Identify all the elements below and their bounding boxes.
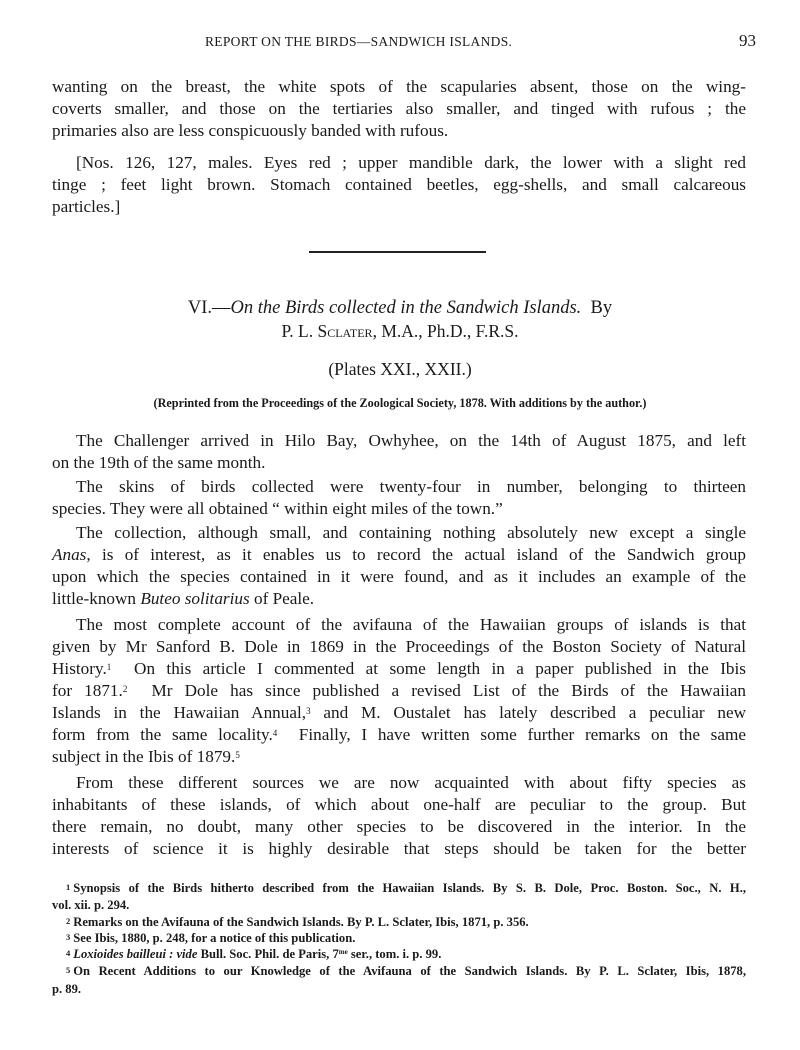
text-line: subject in the Ibis of 1879.5 bbox=[52, 746, 746, 768]
text-line: upon which the species contained in it w… bbox=[52, 566, 746, 588]
section-title: VI.—On the Birds collected in the Sandwi… bbox=[0, 298, 800, 319]
text-line: tinge ; feet light brown. Stomach contai… bbox=[52, 174, 746, 196]
plates-reference: (Plates XXI., XXII.) bbox=[0, 359, 800, 380]
footnote-1-cont: vol. xii. p. 294. bbox=[52, 897, 746, 913]
text-line: little-known Buteo solitarius of Peale. bbox=[52, 588, 746, 610]
reprint-note: (Reprinted from the Proceedings of the Z… bbox=[0, 396, 800, 411]
text-line: for 1871.2 Mr Dole has since published a… bbox=[52, 680, 746, 702]
section-divider bbox=[309, 251, 486, 253]
footnote-3: 3See Ibis, 1880, p. 248, for a notice of… bbox=[66, 930, 746, 946]
author-line: P. L. Sclater, M.A., Ph.D., F.R.S. bbox=[0, 321, 800, 342]
text-line: Anas, is of interest, as it enables us t… bbox=[52, 544, 746, 566]
footnote-1: 1Synopsis of the Birds hitherto describe… bbox=[66, 880, 746, 896]
book-page: REPORT ON THE BIRDS—SANDWICH ISLANDS. 93… bbox=[0, 0, 800, 1050]
page-number: 93 bbox=[739, 31, 756, 51]
text-line: inhabitants of these islands, of which a… bbox=[52, 794, 746, 816]
text-line: The Challenger arrived in Hilo Bay, Owhy… bbox=[76, 430, 746, 452]
text-line: The most complete account of the avifaun… bbox=[76, 614, 746, 636]
footnote-ref: 2 bbox=[123, 684, 128, 694]
author-surname: Sclater bbox=[317, 321, 372, 341]
footnote-ref: 5 bbox=[235, 750, 240, 760]
section-title-italic: On the Birds collected in the Sandwich I… bbox=[231, 298, 582, 318]
text-line: on the 19th of the same month. bbox=[52, 452, 746, 474]
text-line: interests of science it is highly desira… bbox=[52, 838, 746, 860]
text-line: form from the same locality.4 Finally, I… bbox=[52, 724, 746, 746]
text-line: History.1 On this article I commented at… bbox=[52, 658, 746, 680]
text-line: wanting on the breast, the white spots o… bbox=[52, 76, 746, 98]
text-line: Islands in the Hawaiian Annual,3 and M. … bbox=[52, 702, 746, 724]
text-line: The collection, although small, and cont… bbox=[76, 522, 746, 544]
section-number: VI.— bbox=[188, 298, 231, 318]
text-line: [Nos. 126, 127, males. Eyes red ; upper … bbox=[76, 152, 746, 174]
section-by: By bbox=[591, 298, 613, 318]
text-line: primaries also are less conspicuously ba… bbox=[52, 120, 746, 142]
text-line: From these different sources we are now … bbox=[76, 772, 746, 794]
footnote-ref: 4 bbox=[273, 728, 278, 738]
running-head: REPORT ON THE BIRDS—SANDWICH ISLANDS. bbox=[205, 34, 512, 50]
footnote-2: 2Remarks on the Avifauna of the Sandwich… bbox=[66, 914, 746, 930]
footnote-4: 4Loxioides bailleui : vide Bull. Soc. Ph… bbox=[66, 946, 746, 962]
footnote-5: 5On Recent Additions to our Knowledge of… bbox=[66, 963, 746, 979]
footnote-ref: 1 bbox=[107, 662, 112, 672]
text-line: The skins of birds collected were twenty… bbox=[76, 476, 746, 498]
text-line: there remain, no doubt, many other speci… bbox=[52, 816, 746, 838]
text-line: particles.] bbox=[52, 196, 746, 218]
text-line: species. They were all obtained “ within… bbox=[52, 498, 746, 520]
footnote-ref: 3 bbox=[306, 706, 311, 716]
footnote-5-cont: p. 89. bbox=[52, 981, 746, 997]
text-line: given by Mr Sanford B. Dole in 1869 in t… bbox=[52, 636, 746, 658]
text-line: coverts smaller, and those on the tertia… bbox=[52, 98, 746, 120]
